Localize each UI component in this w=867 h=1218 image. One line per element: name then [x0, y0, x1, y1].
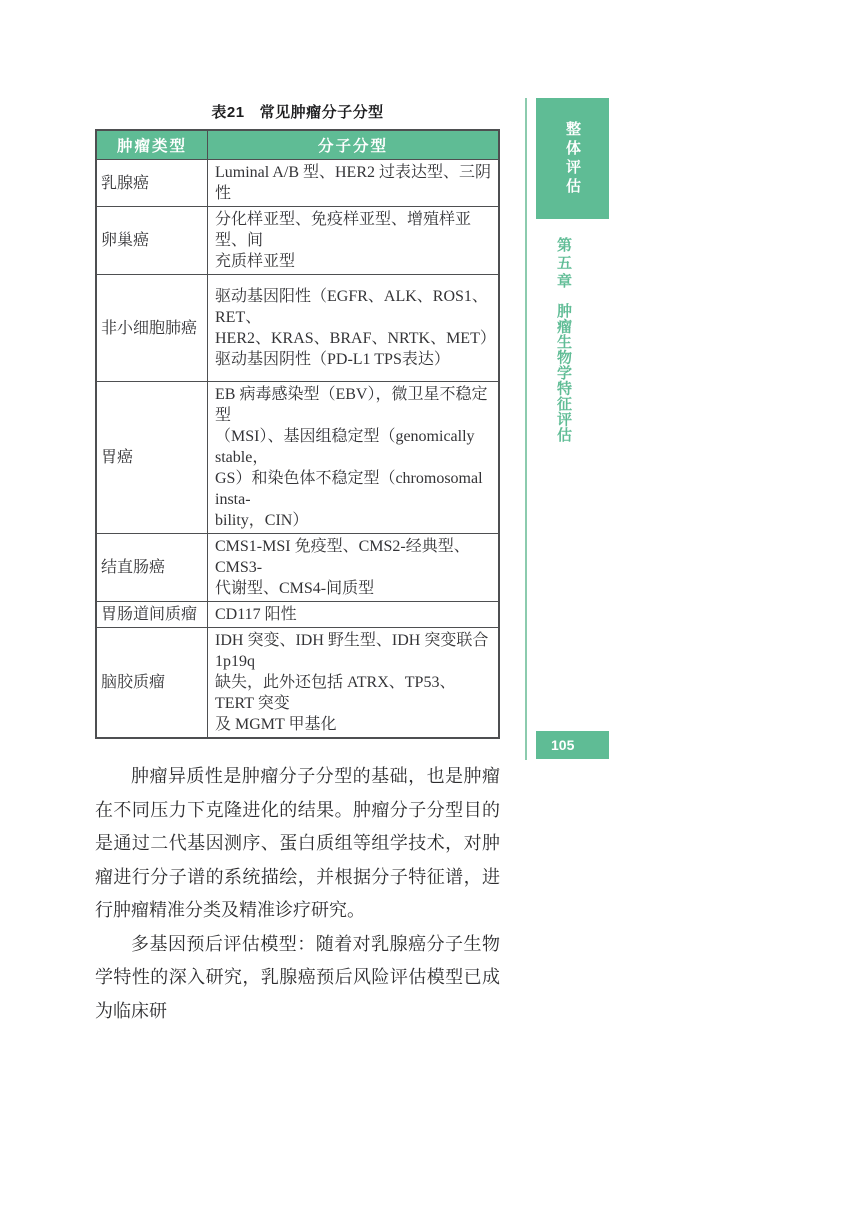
table-body: 乳腺癌Luminal A/B 型、HER2 过表达型、三阴性卵巢癌分化样亚型、免…	[96, 160, 499, 739]
tumor-type-cell: 乳腺癌	[96, 160, 208, 207]
tumor-type-cell: 胃肠道间质瘤	[96, 602, 208, 628]
tumor-type-header: 肿瘤类型	[96, 130, 208, 160]
cell-line: bility，CIN）	[215, 510, 493, 531]
tumor-type-cell: 非小细胞肺癌	[96, 275, 208, 382]
table-row: 非小细胞肺癌驱动基因阳性（EGFR、ALK、ROS1、RET、HER2、KRAS…	[96, 275, 499, 382]
cell-line: 缺失，此外还包括 ATRX、TP53、TERT 突变	[215, 672, 493, 714]
molecular-typing-cell: EB 病毒感染型（EBV），微卫星不稳定型（MSI）、基因组稳定型（genomi…	[208, 382, 500, 534]
table-caption-text: 常见肿瘤分子分型	[260, 104, 384, 121]
cell-line: GS）和染色体不稳定型（chromosomal insta-	[215, 468, 493, 510]
main-content-column: 表21常见肿瘤分子分型 肿瘤类型 分子分型 乳腺癌Luminal A/B 型、H…	[95, 101, 500, 1028]
table-row: 卵巢癌分化样亚型、免疫样亚型、增殖样亚型、间充质样亚型	[96, 207, 499, 275]
cell-line: （MSI）、基因组稳定型（genomically stable，	[215, 426, 493, 468]
cell-line: 分化样亚型、免疫样亚型、增殖样亚型、间	[215, 209, 493, 251]
table-row: 脑胶质瘤IDH 突变、IDH 野生型、IDH 突变联合 1p19q缺失，此外还包…	[96, 628, 499, 739]
table-row: 胃癌EB 病毒感染型（EBV），微卫星不稳定型（MSI）、基因组稳定型（geno…	[96, 382, 499, 534]
molecular-typing-cell: 驱动基因阳性（EGFR、ALK、ROS1、RET、HER2、KRAS、BRAF、…	[208, 275, 500, 382]
table-row: 胃肠道间质瘤CD117 阳性	[96, 602, 499, 628]
cell-line: CMS1-MSI 免疫型、CMS2-经典型、CMS3-	[215, 536, 493, 578]
molecular-typing-cell: Luminal A/B 型、HER2 过表达型、三阴性	[208, 160, 500, 207]
molecular-typing-cell: CD117 阳性	[208, 602, 500, 628]
cell-line: Luminal A/B 型、HER2 过表达型、三阴性	[215, 162, 493, 204]
section-tab: 整体评估	[536, 98, 609, 219]
tumor-type-cell: 胃癌	[96, 382, 208, 534]
cell-line: EB 病毒感染型（EBV），微卫星不稳定型	[215, 384, 493, 426]
molecular-typing-header: 分子分型	[208, 130, 500, 160]
table-row: 结直肠癌CMS1-MSI 免疫型、CMS2-经典型、CMS3-代谢型、CMS4-…	[96, 534, 499, 602]
molecular-typing-cell: CMS1-MSI 免疫型、CMS2-经典型、CMS3-代谢型、CMS4-间质型	[208, 534, 500, 602]
tumor-type-cell: 结直肠癌	[96, 534, 208, 602]
table-row: 乳腺癌Luminal A/B 型、HER2 过表达型、三阴性	[96, 160, 499, 207]
cell-line: 驱动基因阴性（PD-L1 TPS表达）	[215, 349, 493, 370]
cell-line: 代谢型、CMS4-间质型	[215, 578, 493, 599]
paragraph-tumor-heterogeneity: 肿瘤异质性是肿瘤分子分型的基础，也是肿瘤在不同压力下克隆进化的结果。肿瘤分子分型…	[95, 760, 500, 928]
table-caption-label: 表21	[211, 104, 244, 121]
cell-line: 充质样亚型	[215, 251, 493, 272]
book-page: 表21常见肿瘤分子分型 肿瘤类型 分子分型 乳腺癌Luminal A/B 型、H…	[0, 0, 867, 1218]
tumor-type-cell: 脑胶质瘤	[96, 628, 208, 739]
cell-line: IDH 突变、IDH 野生型、IDH 突变联合 1p19q	[215, 630, 493, 672]
table-header-row: 肿瘤类型 分子分型	[96, 130, 499, 160]
cell-line: CD117 阳性	[215, 604, 493, 625]
section-tab-label: 整体评估	[562, 121, 583, 197]
tumor-type-cell: 卵巢癌	[96, 207, 208, 275]
molecular-typing-cell: IDH 突变、IDH 野生型、IDH 突变联合 1p19q缺失，此外还包括 AT…	[208, 628, 500, 739]
chapter-title: 肿瘤生物学特征评估	[553, 303, 574, 443]
cell-line: 及 MGMT 甲基化	[215, 714, 493, 735]
cell-line: HER2、KRAS、BRAF、NRTK、MET）	[215, 328, 493, 349]
molecular-typing-cell: 分化样亚型、免疫样亚型、增殖样亚型、间充质样亚型	[208, 207, 500, 275]
paragraph-multigene-model: 多基因预后评估模型：随着对乳腺癌分子生物学特性的深入研究，乳腺癌预后风险评估模型…	[95, 928, 500, 1029]
page-number-badge: 105	[536, 731, 609, 759]
cell-line: 驱动基因阳性（EGFR、ALK、ROS1、RET、	[215, 286, 493, 328]
molecular-typing-table: 肿瘤类型 分子分型 乳腺癌Luminal A/B 型、HER2 过表达型、三阴性…	[95, 129, 500, 739]
page-number: 105	[551, 737, 574, 753]
body-text: 肿瘤异质性是肿瘤分子分型的基础，也是肿瘤在不同压力下克隆进化的结果。肿瘤分子分型…	[95, 760, 500, 1028]
chapter-number: 第五章	[553, 237, 574, 291]
table-header: 肿瘤类型 分子分型	[96, 130, 499, 160]
table-caption: 表21常见肿瘤分子分型	[95, 101, 500, 122]
sidebar-rule	[525, 98, 527, 760]
